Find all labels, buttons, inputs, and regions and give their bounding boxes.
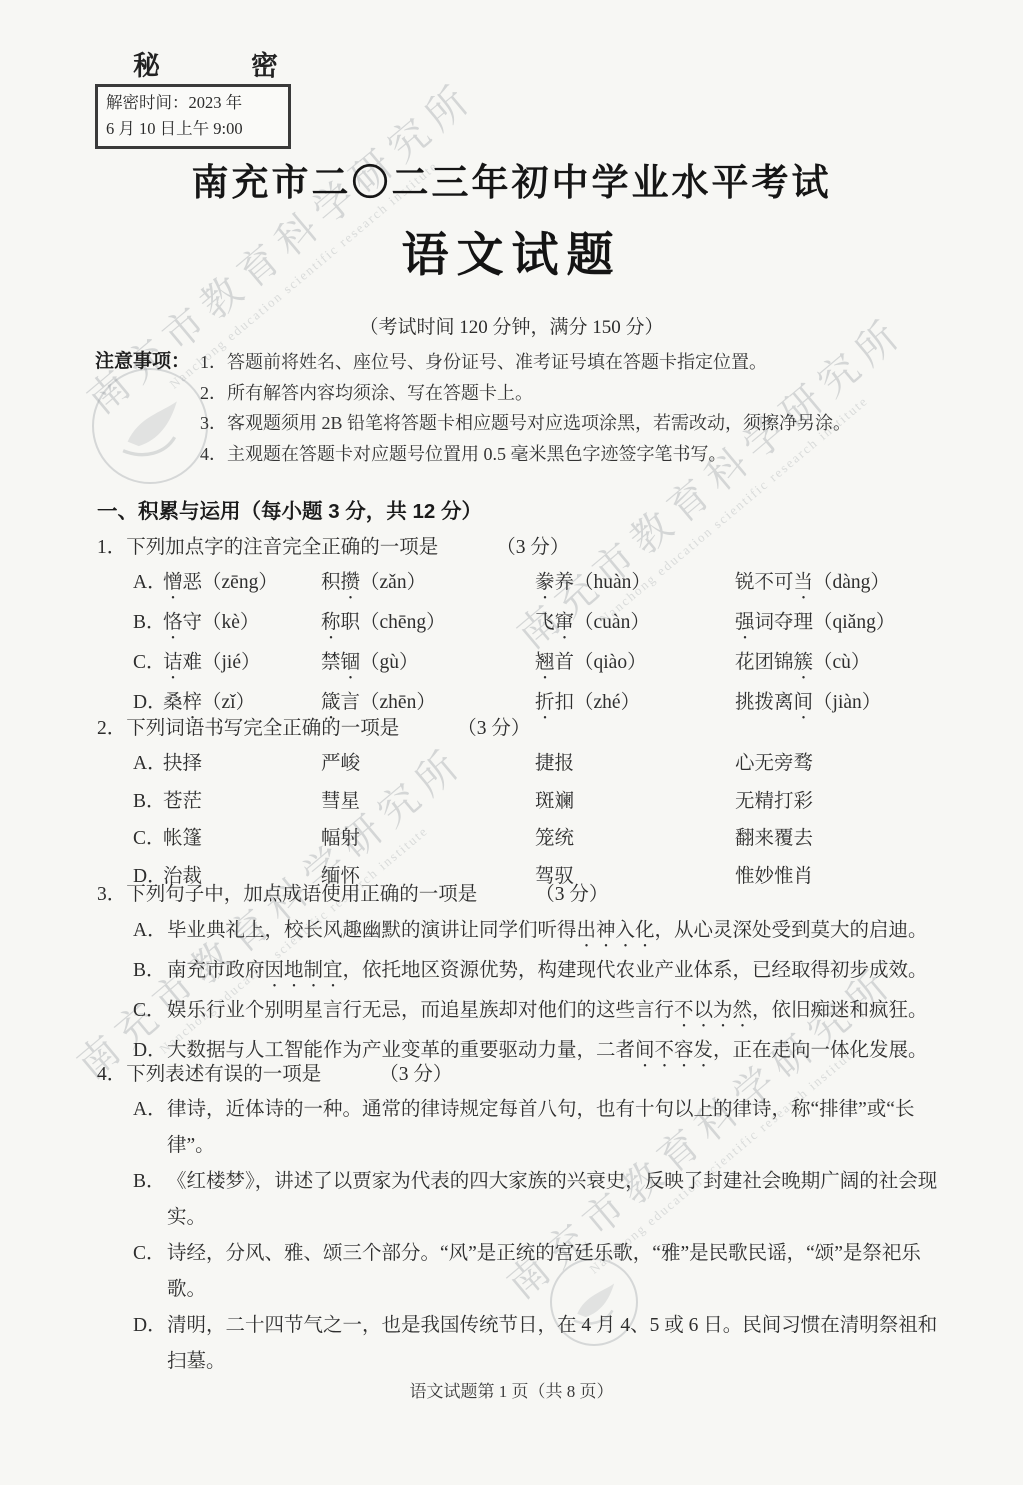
notice-item: 4．主观题在答题卡对应题号位置用 0.5 毫米黑色字迹签字笔书写。 — [200, 439, 851, 470]
stem-text: 下列表述有误的一项是 — [126, 1064, 321, 1085]
option-row-b: B． 苍茫 彗星 斑斓 无精打彩 — [97, 783, 940, 821]
option-label: A． — [133, 745, 163, 783]
word-cell: 幅射 — [321, 820, 535, 858]
word-cell: 严峻 — [321, 745, 535, 783]
word-cell: 花团锦簇（cù） — [735, 644, 940, 684]
word-cell: 诘难（jié） — [163, 644, 321, 684]
option-label: A． — [133, 564, 163, 604]
question-3: 3．下列句子中，加点成语使用正确的一项是（3 分） A． 毕业典礼上，校长风趣幽… — [97, 878, 940, 1072]
word-cell: 抉择 — [163, 745, 321, 783]
option-text: 诗经，分风、雅、颂三个部分。“风”是正统的宫廷乐歌，“雅”是民歌民谣，“颂”是祭… — [167, 1236, 940, 1308]
question-4: 4．下列表述有误的一项是（3 分） A． 律诗，近体诗的一种。通常的律诗规定每首… — [97, 1058, 940, 1380]
notice-item: 2．所有解答内容均须涂、写在答题卡上。 — [200, 378, 851, 409]
score-label: （3 分） — [535, 884, 608, 905]
decrypt-time-line2: 6 月 10 日上午 9:00 — [106, 116, 282, 142]
stem-text: 下列句子中，加点成语使用正确的一项是 — [126, 884, 477, 905]
option-sentence-c: C． 娱乐行业个别明星言行无忌，而追星族却对他们的这些言行不以为然，依旧痴迷和疯… — [97, 992, 940, 1032]
option-label: B． — [133, 952, 167, 992]
option-text: 律诗，近体诗的一种。通常的律诗规定每首八句，也有十句以上的律诗，称“排律”或“长… — [167, 1092, 940, 1164]
word-cell: 称职（chēng） — [321, 604, 535, 644]
word-cell: 笼统 — [535, 820, 735, 858]
option-label: B． — [133, 783, 163, 821]
option-text: 毕业典礼上，校长风趣幽默的演讲让同学们听得出神入化，从心灵深处受到莫大的启迪。 — [167, 912, 940, 952]
decrypt-time-box: 解密时间：2023 年 6 月 10 日上午 9:00 — [95, 84, 291, 149]
word-cell: 锐不可当（dàng） — [735, 564, 940, 604]
option-label: C． — [133, 644, 163, 684]
option-row-c: C． 帐篷 幅射 笼统 翻来覆去 — [97, 820, 940, 858]
exam-duration-info: （考试时间 120 分钟，满分 150 分） — [0, 312, 1023, 339]
option-row-c: C． 诘难（jié） 禁锢（gù） 翘首（qiào） 花团锦簇（cù） — [97, 644, 940, 684]
word-cell: 斑斓 — [535, 783, 735, 821]
word-cell: 憎恶（zēng） — [163, 564, 321, 604]
word-cell: 禁锢（gù） — [321, 644, 535, 684]
word-cell: 心无旁骛 — [735, 745, 940, 783]
notice-items: 1．答题前将姓名、座位号、身份证号、准考证号填在答题卡指定位置。 2．所有解答内… — [190, 347, 851, 469]
section-heading: 一、积累与运用（每小题 3 分，共 12 分） — [97, 494, 482, 524]
word-cell: 积攒（zǎn） — [321, 564, 535, 604]
option-statement-c: C． 诗经，分风、雅、颂三个部分。“风”是正统的宫廷乐歌，“雅”是民歌民谣，“颂… — [97, 1236, 940, 1308]
score-label: （3 分） — [379, 1064, 452, 1085]
question-number: 4． — [97, 1064, 126, 1085]
option-label: A． — [133, 1092, 167, 1164]
option-row-a: A． 憎恶（zēng） 积攒（zǎn） 豢养（huàn） 锐不可当（dàng） — [97, 564, 940, 604]
notice-item: 3．客观题须用 2B 铅笔将答题卡相应题号对应选项涂黑，若需改动，须擦净另涂。 — [200, 408, 851, 439]
option-statement-d: D． 清明，二十四节气之一，也是我国传统节日，在 4 月 4、5 或 6 日。民… — [97, 1308, 940, 1380]
word-cell: 捷报 — [535, 745, 735, 783]
option-row-b: B． 恪守（kè） 称职（chēng） 飞窜（cuàn） 强词夺理（qiǎng） — [97, 604, 940, 644]
option-text: 南充市政府因地制宜，依托地区资源优势，构建现代农业产业体系，已经取得初步成效。 — [167, 952, 940, 992]
subject-title: 语文试题 — [0, 218, 1023, 285]
option-text: 娱乐行业个别明星言行无忌，而追星族却对他们的这些言行不以为然，依旧痴迷和疯狂。 — [167, 992, 940, 1032]
secrecy-classification-label: 秘 密 — [133, 44, 310, 83]
option-label: B． — [133, 1164, 167, 1236]
word-cell: 强词夺理（qiǎng） — [735, 604, 940, 644]
word-cell: 无精打彩 — [735, 783, 940, 821]
option-label: A． — [133, 912, 167, 952]
stem-text: 下列加点字的注音完全正确的一项是 — [126, 537, 438, 558]
stem-text: 下列词语书写完全正确的一项是 — [126, 718, 399, 739]
notice-label: 注意事项： — [95, 347, 190, 469]
option-label: B． — [133, 604, 163, 644]
word-cell: 彗星 — [321, 783, 535, 821]
option-sentence-a: A． 毕业典礼上，校长风趣幽默的演讲让同学们听得出神入化，从心灵深处受到莫大的启… — [97, 912, 940, 952]
option-text: 《红楼梦》，讲述了以贾家为代表的四大家族的兴衰史，反映了封建社会晚期广阔的社会现… — [167, 1164, 940, 1236]
option-row-a: A． 抉择 严峻 捷报 心无旁骛 — [97, 745, 940, 783]
word-cell: 苍茫 — [163, 783, 321, 821]
question-2: 2．下列词语书写完全正确的一项是（3 分） A． 抉择 严峻 捷报 心无旁骛 B… — [97, 712, 940, 895]
notice-block: 注意事项： 1．答题前将姓名、座位号、身份证号、准考证号填在答题卡指定位置。 2… — [95, 347, 940, 469]
score-label: （3 分） — [457, 718, 530, 739]
exam-paper-page: { "page": { "classification": "秘 密", "de… — [0, 0, 1023, 1485]
option-sentence-b: B． 南充市政府因地制宜，依托地区资源优势，构建现代农业产业体系，已经取得初步成… — [97, 952, 940, 992]
option-label: C． — [133, 820, 163, 858]
decrypt-time-line1: 解密时间：2023 年 — [106, 90, 282, 116]
question-4-stem: 4．下列表述有误的一项是（3 分） — [97, 1058, 940, 1086]
word-cell: 恪守（kè） — [163, 604, 321, 644]
exam-title: 南充市二〇二三年初中学业水平考试 — [0, 152, 1023, 206]
option-label: C． — [133, 1236, 167, 1308]
question-1: 1．下列加点字的注音完全正确的一项是（3 分） A． 憎恶（zēng） 积攒（z… — [97, 531, 940, 724]
word-cell: 豢养（huàn） — [535, 564, 735, 604]
word-cell: 帐篷 — [163, 820, 321, 858]
question-number: 2． — [97, 718, 126, 739]
word-cell: 飞窜（cuàn） — [535, 604, 735, 644]
word-cell: 翻来覆去 — [735, 820, 940, 858]
question-1-stem: 1．下列加点字的注音完全正确的一项是（3 分） — [97, 531, 940, 559]
option-statement-a: A． 律诗，近体诗的一种。通常的律诗规定每首八句，也有十句以上的律诗，称“排律”… — [97, 1092, 940, 1164]
option-label: C． — [133, 992, 167, 1032]
word-cell: 翘首（qiào） — [535, 644, 735, 684]
score-label: （3 分） — [496, 537, 569, 558]
question-2-options: A． 抉择 严峻 捷报 心无旁骛 B． 苍茫 彗星 斑斓 无精打彩 C． 帐篷 … — [97, 745, 940, 895]
question-number: 3． — [97, 884, 126, 905]
question-number: 1． — [97, 537, 126, 558]
option-text: 清明，二十四节气之一，也是我国传统节日，在 4 月 4、5 或 6 日。民间习惯… — [167, 1308, 940, 1380]
page-footer: 语文试题第 1 页（共 8 页） — [0, 1377, 1023, 1402]
notice-item: 1．答题前将姓名、座位号、身份证号、准考证号填在答题卡指定位置。 — [200, 347, 851, 378]
question-1-options: A． 憎恶（zēng） 积攒（zǎn） 豢养（huàn） 锐不可当（dàng） … — [97, 564, 940, 724]
option-label: D． — [133, 1308, 167, 1380]
question-3-stem: 3．下列句子中，加点成语使用正确的一项是（3 分） — [97, 878, 940, 906]
option-statement-b: B． 《红楼梦》，讲述了以贾家为代表的四大家族的兴衰史，反映了封建社会晚期广阔的… — [97, 1164, 940, 1236]
question-2-stem: 2．下列词语书写完全正确的一项是（3 分） — [97, 712, 940, 740]
